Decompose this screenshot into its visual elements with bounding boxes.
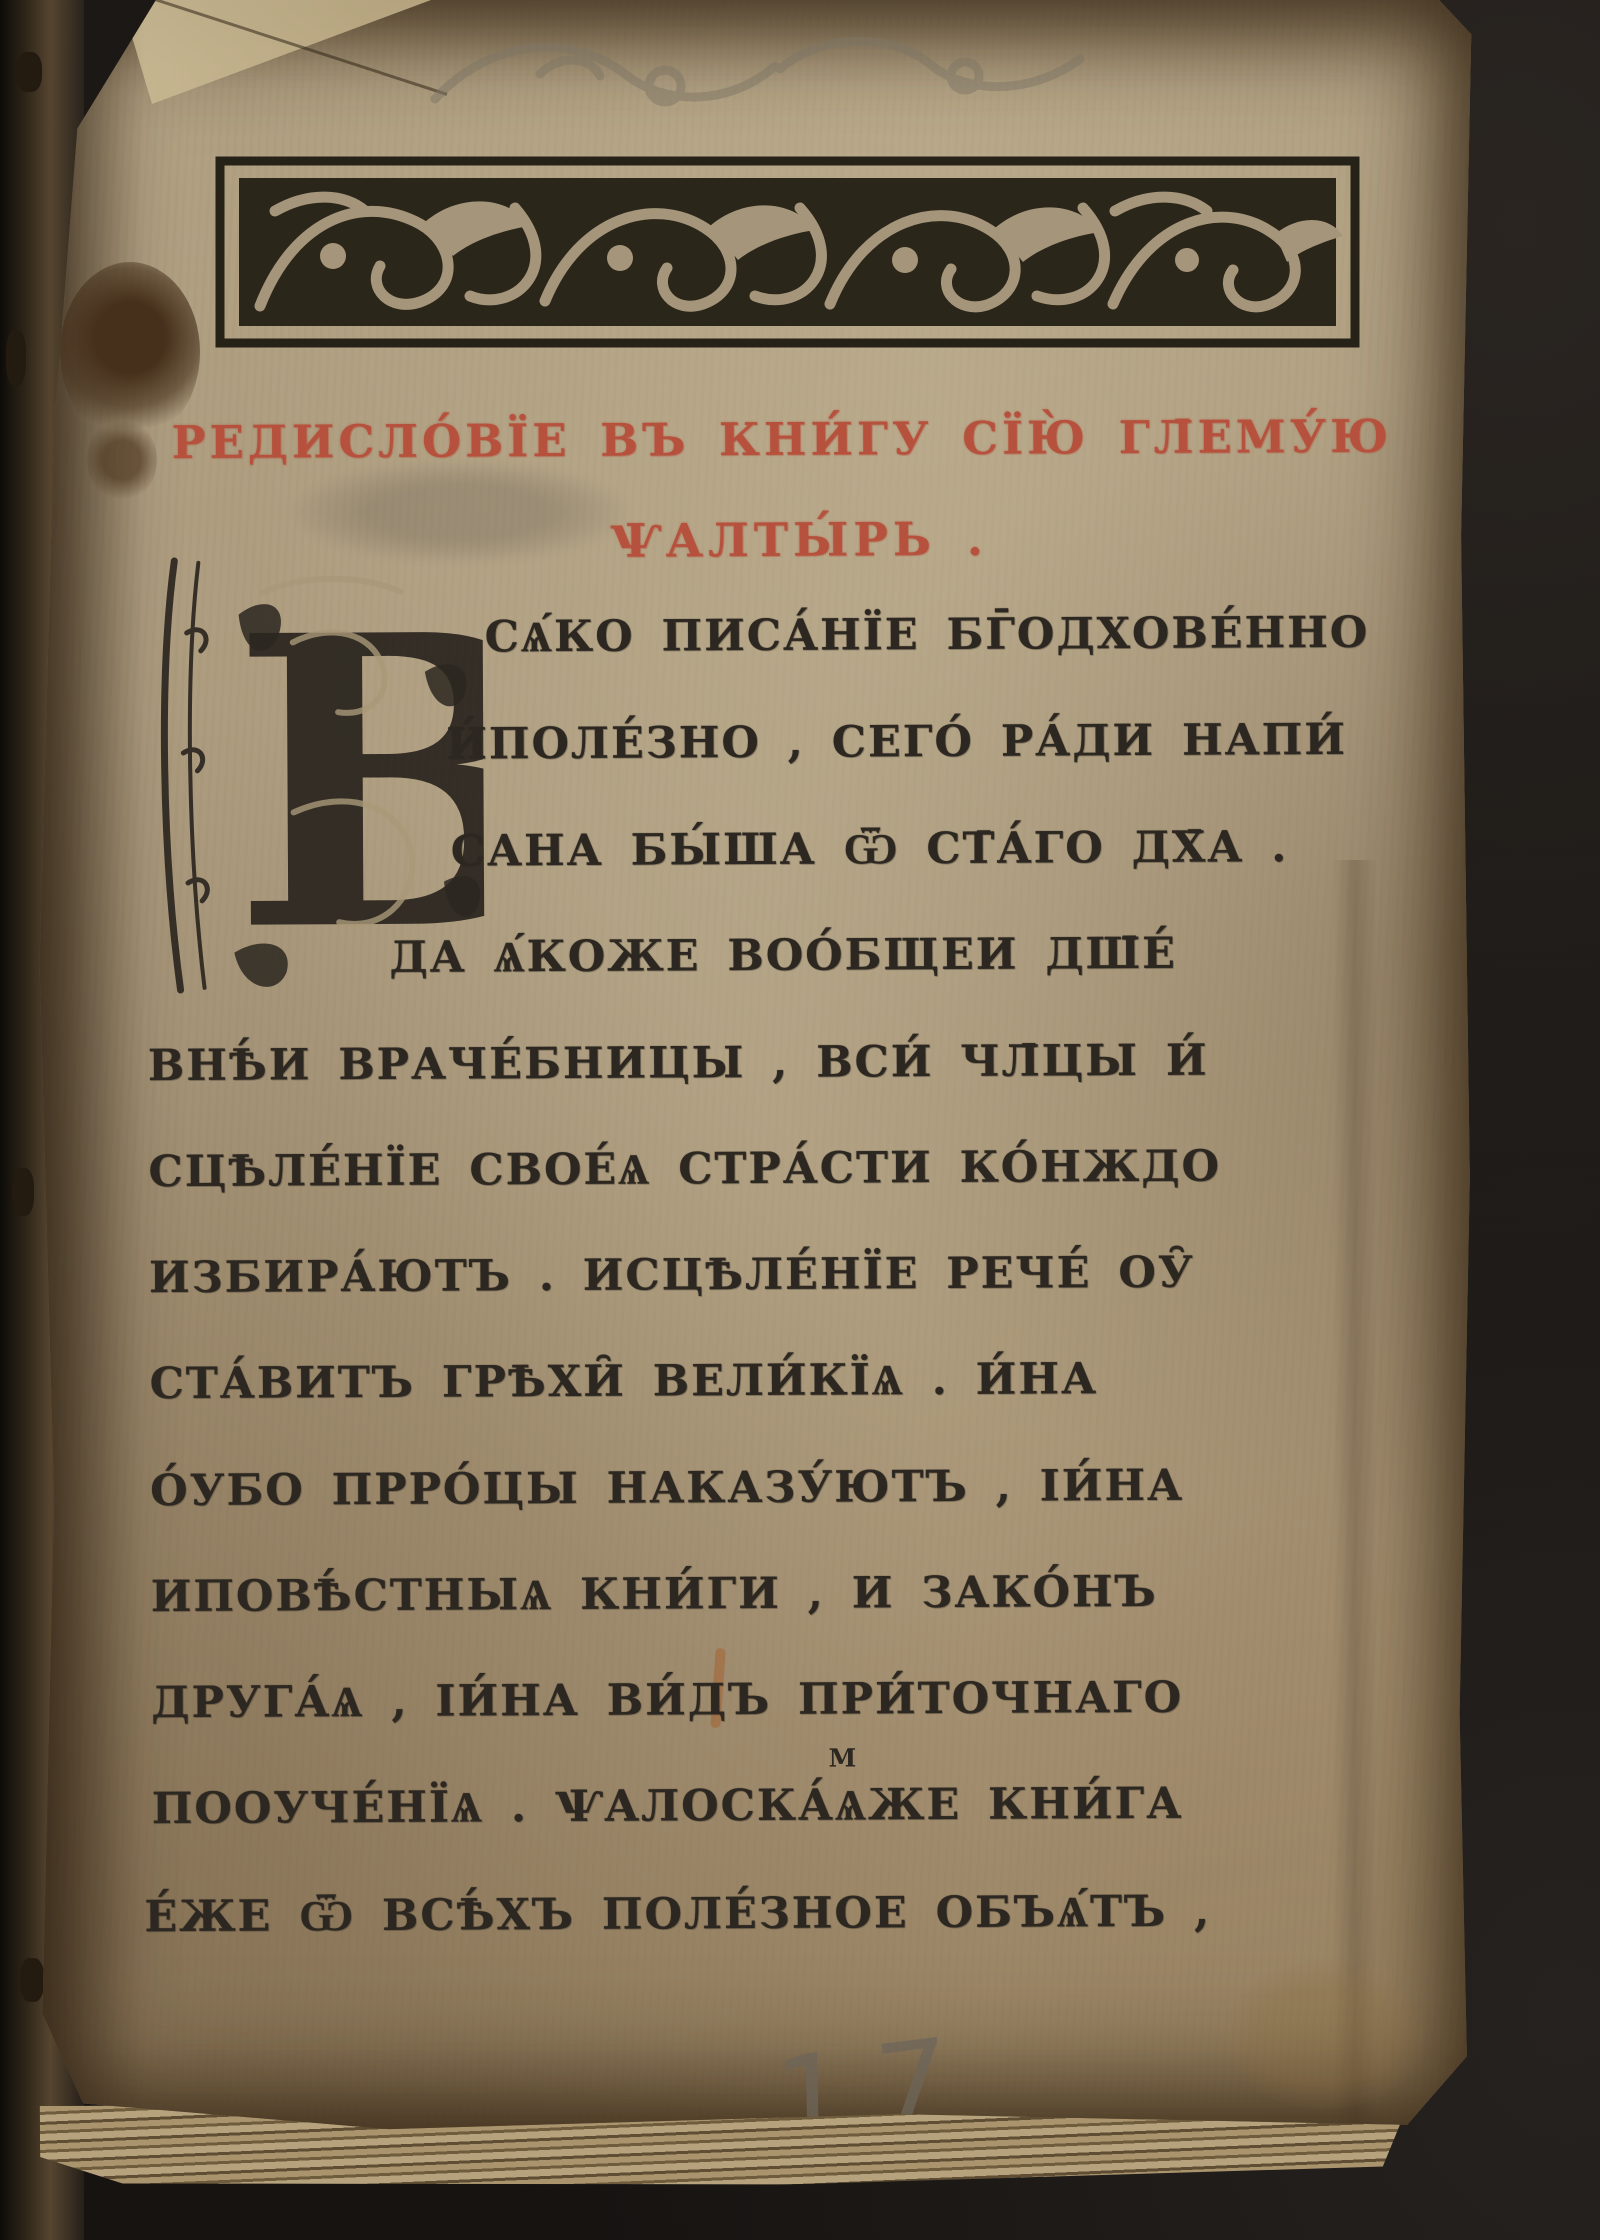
heading-line-2: ѱалты́рь . <box>610 493 988 573</box>
text-line: пооуче́нїѧ . ѱалоска́ѧже кни́га <box>152 1766 1184 1833</box>
text-line: е́же ѿ всѣ́хъ поле́зное объѧ́тъ , <box>144 1874 1211 1942</box>
text-line: и́поле́зно , сего́ ра́ди напи́ <box>446 702 1347 769</box>
text-line: сана бы́ша ѿ ст̄а́го дх̄а . <box>451 809 1289 875</box>
text-line: друга́ѧ , іи́на ви́дъ при́точнаго <box>151 1660 1183 1727</box>
book-page: редисло́вїе въ кни́гу сїю̀ гл̄ему́ю ѱалт… <box>25 0 1480 2142</box>
heading-line-1: редисло́вїе въ кни́гу сїю̀ гл̄ему́ю <box>171 393 1392 474</box>
text-line: сѧ́ко писа́нїе бг̄одхове́нно <box>485 595 1370 662</box>
binding-thread <box>16 52 42 92</box>
superscript-letter: м <box>828 1733 856 1775</box>
binding-thread <box>20 1958 44 2002</box>
text-line: сцѣле́нїе свое́ѧ стра́сти ко́нждо <box>148 1129 1221 1197</box>
binding-thread <box>12 1168 34 1216</box>
text-line: иповѣ́стныѧ кни́ги , и зако́нъ <box>151 1554 1158 1621</box>
text-line: избира́ютъ . исцѣле́нїе рече́ оу̑ <box>149 1235 1195 1302</box>
photo-background: редисло́вїе въ кни́гу сїю̀ гл̄ему́ю ѱалт… <box>0 0 1600 2240</box>
text-line: ста́витъ грѣхи̑ вели́кїѧ . и́на <box>149 1341 1098 1408</box>
text-line: да ѧ́коже воо́бщеи дш̄е́ <box>389 916 1177 982</box>
text-line: внѣ́и враче́бницы , вси́ чл̄цы и́ <box>148 1023 1209 1091</box>
text-block: редисло́вїе въ кни́гу сїю̀ гл̄ему́ю ѱалт… <box>19 0 1485 2146</box>
text-line: о́убо прро́цы наказу́ютъ , іи́на <box>150 1448 1184 1515</box>
binding-thread <box>6 330 26 386</box>
